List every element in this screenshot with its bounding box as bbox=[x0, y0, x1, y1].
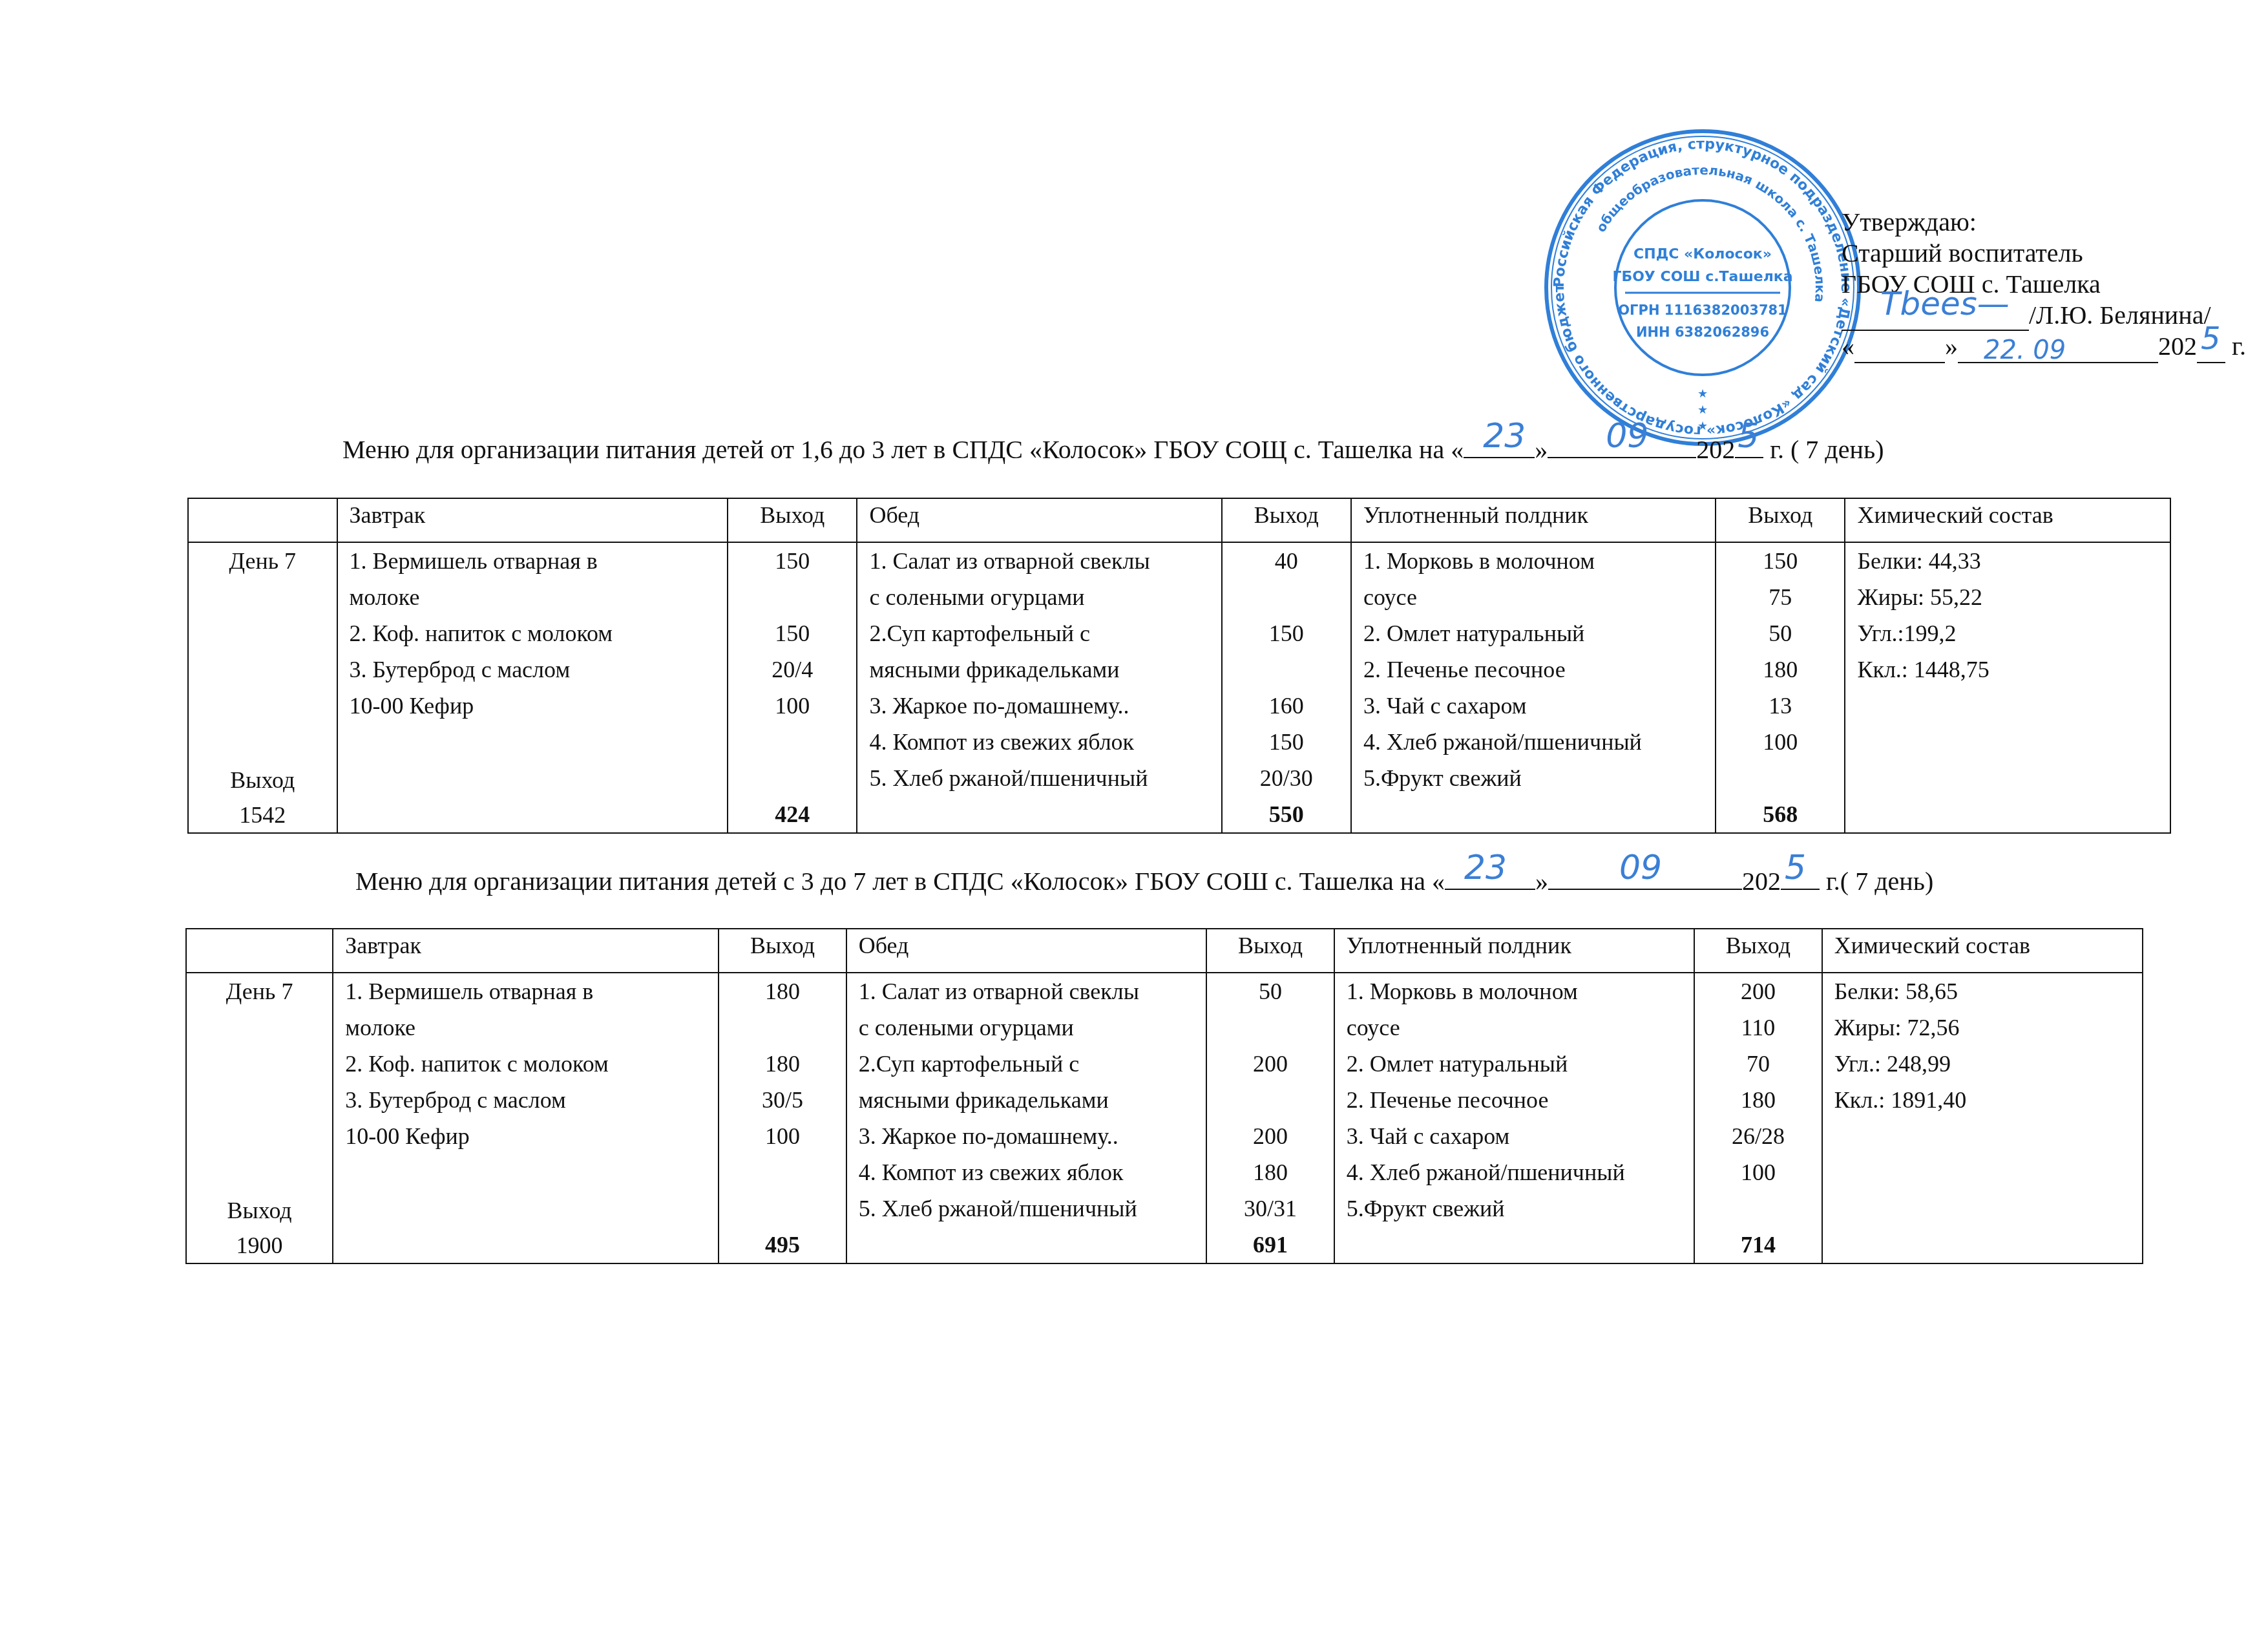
handwritten-approval-date: 22. 09 bbox=[1984, 335, 2066, 366]
output-value: 180 bbox=[731, 1046, 834, 1082]
output-value: 150 bbox=[1728, 543, 1832, 579]
total-value: 1900 bbox=[187, 1228, 332, 1263]
handwritten-month: 09 bbox=[1619, 852, 1662, 883]
breakfast-items: 1. Вермишель отварная вмолоке2. Коф. нап… bbox=[337, 542, 728, 833]
year-suffix: г. bbox=[2225, 332, 2246, 361]
list-item: 1. Вермишель отварная в bbox=[350, 543, 716, 579]
list-item: Ккл.: 1448,75 bbox=[1857, 651, 2158, 688]
list-item: Белки: 58,65 bbox=[1834, 973, 2130, 1009]
output-value: 200 bbox=[1219, 1046, 1322, 1082]
lunch-items: 1. Салат из отварной свеклыс солеными ог… bbox=[846, 973, 1206, 1263]
output-value bbox=[1219, 1082, 1322, 1118]
lunch-outputs: 4015016015020/30550 bbox=[1222, 542, 1351, 833]
list-item: 1. Морковь в молочном bbox=[1347, 973, 1682, 1009]
breakfast-items: 1. Вермишель отварная вмолоке2. Коф. нап… bbox=[333, 973, 719, 1263]
list-item: с солеными огурцами bbox=[869, 579, 1209, 615]
total-label: Выход bbox=[189, 763, 337, 798]
list-item: Жиры: 72,56 bbox=[1834, 1009, 2130, 1046]
handwritten-year: 5 bbox=[1785, 852, 1806, 883]
menu-table-1: Завтрак Выход Обед Выход Уплотненный пол… bbox=[187, 498, 2171, 834]
output-value bbox=[740, 579, 845, 615]
snack-items: 1. Морковь в молочномсоусе2. Омлет натур… bbox=[1351, 542, 1716, 833]
list-item: 5.Фрукт свежий bbox=[1347, 1190, 1682, 1227]
lunch-sum: 550 bbox=[1223, 796, 1350, 832]
output-value: 20/4 bbox=[740, 651, 845, 688]
table-row: День 7 Выход1900 1. Вермишель отварная в… bbox=[186, 973, 2143, 1263]
list-item: 4. Хлеб ржаной/пшеничный bbox=[1347, 1154, 1682, 1190]
lunch-outputs: 5020020018030/31691 bbox=[1206, 973, 1334, 1263]
approval-heading: Утверждаю: bbox=[1842, 207, 2246, 238]
header-breakfast: Завтрак bbox=[337, 498, 728, 542]
list-item: Угл.: 248,99 bbox=[1834, 1046, 2130, 1082]
output-value bbox=[731, 1009, 834, 1046]
table-header-row: Завтрак Выход Обед Выход Уплотненный пол… bbox=[186, 929, 2143, 973]
header-output: Выход bbox=[1206, 929, 1334, 973]
output-value: 180 bbox=[1728, 651, 1832, 688]
list-item: Ккл.: 1891,40 bbox=[1834, 1082, 2130, 1118]
list-item: соусе bbox=[1363, 579, 1703, 615]
day-label: День 7 bbox=[198, 973, 320, 1009]
output-value: 100 bbox=[740, 688, 845, 724]
official-stamp: Российская Федерация, структурное подраз… bbox=[1541, 126, 1864, 449]
list-item: 2. Коф. напиток с молоком bbox=[345, 1046, 706, 1082]
snack-sum: 714 bbox=[1695, 1227, 1822, 1263]
list-item: мясными фрикадельками bbox=[869, 651, 1209, 688]
breakfast-outputs: 18018030/5100495 bbox=[719, 973, 846, 1263]
list-item: 1. Морковь в молочном bbox=[1363, 543, 1703, 579]
list-item: 5. Хлеб ржаной/пшеничный bbox=[869, 760, 1209, 796]
list-item: 2.Суп картофельный с bbox=[869, 615, 1209, 651]
output-value bbox=[1234, 579, 1339, 615]
list-item: 2. Омлет натуральный bbox=[1363, 615, 1703, 651]
header-breakfast: Завтрак bbox=[333, 929, 719, 973]
output-value bbox=[1706, 1190, 1810, 1227]
output-value: 200 bbox=[1219, 1118, 1322, 1154]
signature-line: Tbees— bbox=[1842, 308, 2029, 331]
header-output: Выход bbox=[719, 929, 846, 973]
output-value: 160 bbox=[1234, 688, 1339, 724]
header-chemistry: Химический состав bbox=[1822, 929, 2143, 973]
stamp-inn: ИНН 6382062896 bbox=[1636, 324, 1769, 340]
snack-outputs: 2001107018026/28100714 bbox=[1694, 973, 1822, 1263]
header-output: Выход bbox=[1222, 498, 1351, 542]
list-item: 2.Суп картофельный с bbox=[859, 1046, 1194, 1082]
header-lunch: Обед bbox=[846, 929, 1206, 973]
total-value: 1542 bbox=[189, 798, 337, 832]
date-quote-close: » bbox=[1945, 332, 1958, 361]
list-item: 1. Вермишель отварная в bbox=[345, 973, 706, 1009]
list-item: 10-00 Кефир bbox=[345, 1118, 706, 1154]
snack-outputs: 150755018013100568 bbox=[1716, 542, 1845, 833]
header-snack: Уплотненный полдник bbox=[1334, 929, 1694, 973]
list-item: 3. Бутерброд с маслом bbox=[345, 1082, 706, 1118]
date-quote-open: « bbox=[1842, 332, 1854, 361]
output-value: 180 bbox=[1219, 1154, 1322, 1190]
approver-position: Старший воспитатель bbox=[1842, 238, 2246, 269]
svg-text:★: ★ bbox=[1697, 419, 1708, 432]
table-row: День 7 Выход1542 1. Вермишель отварная в… bbox=[188, 542, 2170, 833]
header-output: Выход bbox=[728, 498, 857, 542]
day-cell: День 7 Выход1542 bbox=[188, 542, 337, 833]
list-item: 3. Жаркое по-домашнему.. bbox=[869, 688, 1209, 724]
list-item: мясными фрикадельками bbox=[859, 1082, 1194, 1118]
output-value: 180 bbox=[731, 973, 834, 1009]
list-item: 2. Омлет натуральный bbox=[1347, 1046, 1682, 1082]
handwritten-month: 09 bbox=[1606, 421, 1648, 452]
signer-name: /Л.Ю. Белянина/ bbox=[2029, 301, 2211, 330]
list-item: 5.Фрукт свежий bbox=[1363, 760, 1703, 796]
output-value: 75 bbox=[1728, 579, 1832, 615]
output-value: 150 bbox=[1234, 724, 1339, 760]
list-item: 2. Печенье песочное bbox=[1347, 1082, 1682, 1118]
header-lunch: Обед bbox=[857, 498, 1221, 542]
handwritten-year: 5 bbox=[1738, 421, 1759, 452]
snack-sum: 568 bbox=[1716, 796, 1844, 832]
list-item: 1. Салат из отварной свеклы bbox=[869, 543, 1209, 579]
output-value: 150 bbox=[740, 543, 845, 579]
list-item: 5. Хлеб ржаной/пшеничный bbox=[859, 1190, 1194, 1227]
snack-items: 1. Морковь в молочномсоусе2. Омлет натур… bbox=[1334, 973, 1694, 1263]
list-item: 4. Компот из свежих яблок bbox=[859, 1154, 1194, 1190]
chemistry-values: Белки: 58,65Жиры: 72,56Угл.: 248,99Ккл.:… bbox=[1822, 973, 2143, 1263]
list-item: 3. Чай с сахаром bbox=[1363, 688, 1703, 724]
output-value: 150 bbox=[740, 615, 845, 651]
output-value: 13 bbox=[1728, 688, 1832, 724]
output-value: 26/28 bbox=[1706, 1118, 1810, 1154]
output-value: 180 bbox=[1706, 1082, 1810, 1118]
list-item: 3. Чай с сахаром bbox=[1347, 1118, 1682, 1154]
list-item: 4. Хлеб ржаной/пшеничный bbox=[1363, 724, 1703, 760]
header-output: Выход bbox=[1694, 929, 1822, 973]
list-item: Угл.:199,2 bbox=[1857, 615, 2158, 651]
lunch-sum: 691 bbox=[1207, 1227, 1334, 1263]
handwritten-day: 23 bbox=[1464, 852, 1507, 883]
stamp-center-line1: СПДС «Колосок» bbox=[1633, 246, 1772, 262]
day-cell: День 7 Выход1900 bbox=[186, 973, 333, 1263]
output-value: 30/5 bbox=[731, 1082, 834, 1118]
chemistry-values: Белки: 44,33Жиры: 55,22Угл.:199,2Ккл.: 1… bbox=[1845, 542, 2170, 833]
breakfast-outputs: 15015020/4100424 bbox=[728, 542, 857, 833]
handwritten-year-digit: 5 bbox=[2201, 323, 2221, 354]
output-value: 100 bbox=[1706, 1154, 1810, 1190]
year-prefix: 202 bbox=[2158, 332, 2197, 361]
output-value: 100 bbox=[1728, 724, 1832, 760]
output-value bbox=[1234, 651, 1339, 688]
handwritten-signature: Tbees— bbox=[1880, 288, 2010, 319]
list-item: Белки: 44,33 bbox=[1857, 543, 2158, 579]
output-value bbox=[1728, 760, 1832, 796]
menu-table-2: Завтрак Выход Обед Выход Уплотненный пол… bbox=[185, 928, 2143, 1264]
list-item: соусе bbox=[1347, 1009, 1682, 1046]
svg-text:★: ★ bbox=[1697, 403, 1708, 416]
output-value: 20/30 bbox=[1234, 760, 1339, 796]
menu-title-1: Меню для организации питания детей от 1,… bbox=[342, 434, 1884, 465]
list-item: с солеными огурцами bbox=[859, 1009, 1194, 1046]
total-label: Выход bbox=[187, 1193, 332, 1228]
list-item: Жиры: 55,22 bbox=[1857, 579, 2158, 615]
breakfast-sum: 424 bbox=[728, 796, 856, 832]
list-item: 10-00 Кефир bbox=[350, 688, 716, 724]
list-item: 1. Салат из отварной свеклы bbox=[859, 973, 1194, 1009]
output-value: 110 bbox=[1706, 1009, 1810, 1046]
approval-block: Утверждаю: Старший воспитатель ГБОУ СОШ … bbox=[1842, 207, 2246, 363]
menu-title-2: Меню для организации питания детей с 3 д… bbox=[355, 866, 1933, 897]
day-label: День 7 bbox=[200, 543, 325, 579]
output-value: 100 bbox=[731, 1118, 834, 1154]
list-item: молоке bbox=[350, 579, 716, 615]
header-output: Выход bbox=[1716, 498, 1845, 542]
stamp-center-line2: ГБОУ СОШ с.Ташелка bbox=[1612, 269, 1792, 285]
output-value: 150 bbox=[1234, 615, 1339, 651]
header-chemistry: Химический состав bbox=[1845, 498, 2170, 542]
list-item: молоке bbox=[345, 1009, 706, 1046]
handwritten-day: 23 bbox=[1483, 421, 1526, 452]
list-item: 3. Жаркое по-домашнему.. bbox=[859, 1118, 1194, 1154]
output-value: 30/31 bbox=[1219, 1190, 1322, 1227]
output-value: 40 bbox=[1234, 543, 1339, 579]
output-value bbox=[1219, 1009, 1322, 1046]
output-value: 200 bbox=[1706, 973, 1810, 1009]
stamp-ogrn: ОГРН 1116382003781 bbox=[1618, 302, 1787, 318]
list-item: 4. Компот из свежих яблок bbox=[869, 724, 1209, 760]
output-value: 70 bbox=[1706, 1046, 1810, 1082]
list-item: 2. Коф. напиток с молоком bbox=[350, 615, 716, 651]
list-item: 3. Бутерброд с маслом bbox=[350, 651, 716, 688]
breakfast-sum: 495 bbox=[719, 1227, 846, 1263]
output-value: 50 bbox=[1219, 973, 1322, 1009]
list-item: 2. Печенье песочное bbox=[1363, 651, 1703, 688]
table-header-row: Завтрак Выход Обед Выход Уплотненный пол… bbox=[188, 498, 2170, 542]
lunch-items: 1. Салат из отварной свеклыс солеными ог… bbox=[857, 542, 1221, 833]
svg-text:★: ★ bbox=[1697, 387, 1708, 400]
output-value: 50 bbox=[1728, 615, 1832, 651]
header-snack: Уплотненный полдник bbox=[1351, 498, 1716, 542]
